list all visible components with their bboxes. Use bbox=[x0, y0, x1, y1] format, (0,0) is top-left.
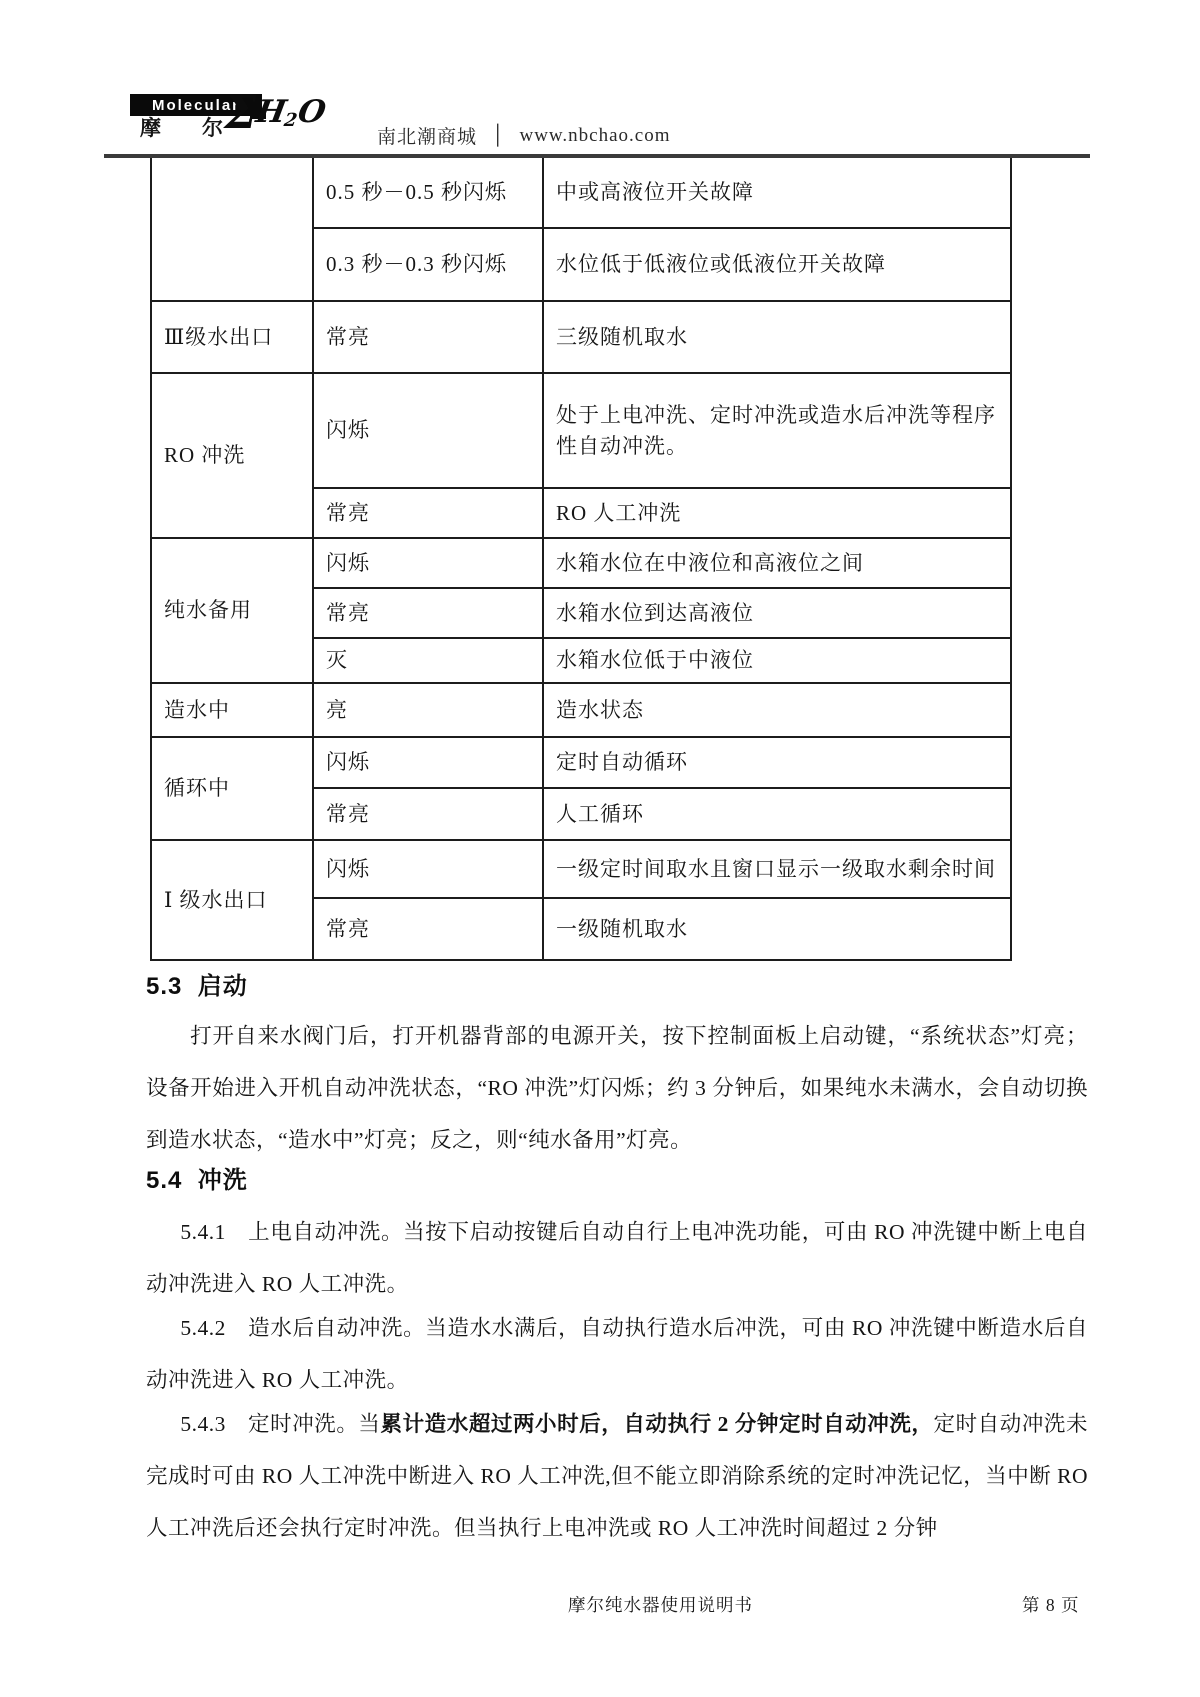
cell-state: 常亮 bbox=[313, 788, 543, 840]
footer-page-number: 第 8 页 bbox=[1022, 1592, 1080, 1617]
cell-desc: 一级定时间取水且窗口显示一级取水剩余时间 bbox=[543, 840, 1011, 898]
cell-state: 闪烁 bbox=[313, 373, 543, 488]
cell-desc: 水箱水位到达高液位 bbox=[543, 588, 1011, 638]
cell-indicator: 循环中 bbox=[151, 737, 313, 840]
cell-state: 0.3 秒－0.3 秒闪烁 bbox=[313, 228, 543, 301]
cell-desc: 造水状态 bbox=[543, 683, 1011, 737]
table-row: 造水中 亮 造水状态 bbox=[151, 683, 1011, 737]
cell-desc: 处于上电冲洗、定时冲洗或造水后冲洗等程序性自动冲洗。 bbox=[543, 373, 1011, 488]
formula-o: O bbox=[295, 94, 328, 130]
footer-doc-title: 摩尔纯水器使用说明书 bbox=[568, 1592, 753, 1617]
section-heading-5-3: 5.3 启动 bbox=[146, 966, 248, 1001]
separator-bar: │ bbox=[491, 125, 505, 147]
cell-state: 亮 bbox=[313, 683, 543, 737]
cell-state: 闪烁 bbox=[313, 840, 543, 898]
cell-state: 0.5 秒－0.5 秒闪烁 bbox=[313, 158, 543, 228]
cell-state: 常亮 bbox=[313, 898, 543, 960]
cell-desc: 水箱水位在中液位和高液位之间 bbox=[543, 538, 1011, 588]
cell-state: 常亮 bbox=[313, 301, 543, 373]
manual-page: Molecular 摩 尔 ΣH2O 南北潮商城 │ www.nbchao.co… bbox=[0, 0, 1200, 1697]
cell-desc: 人工循环 bbox=[543, 788, 1011, 840]
cell-state: 常亮 bbox=[313, 488, 543, 538]
cell-indicator: 纯水备用 bbox=[151, 538, 313, 683]
cell-state: 灭 bbox=[313, 638, 543, 683]
cell-desc: RO 人工冲洗 bbox=[543, 488, 1011, 538]
site-url: www.nbchao.com bbox=[519, 125, 670, 147]
table-row: Ⅰ 级水出口 闪烁 一级定时间取水且窗口显示一级取水剩余时间 bbox=[151, 840, 1011, 898]
table-row: 0.5 秒－0.5 秒闪烁 中或高液位开关故障 bbox=[151, 158, 1011, 228]
paragraph-5-4-3-bold-run: 累计造水超过两小时后，自动执行 2 分钟定时自动冲洗， bbox=[381, 1412, 934, 1436]
cell-indicator-continued bbox=[151, 158, 313, 301]
cell-desc: 水箱水位低于中液位 bbox=[543, 638, 1011, 683]
brand-formula: ΣH2O bbox=[220, 88, 330, 136]
indicator-table: 0.5 秒－0.5 秒闪烁 中或高液位开关故障 0.3 秒－0.3 秒闪烁 水位… bbox=[150, 158, 1012, 961]
cell-desc: 定时自动循环 bbox=[543, 737, 1011, 788]
cell-desc: 水位低于低液位或低液位开关故障 bbox=[543, 228, 1011, 301]
brand-name-cn-1: 摩 bbox=[140, 112, 161, 142]
section-heading-5-4: 5.4 冲洗 bbox=[146, 1160, 248, 1195]
paragraph-5-4-3-normal-start: 5.4.3 定时冲洗。当 bbox=[180, 1412, 380, 1436]
table-row: RO 冲洗 闪烁 处于上电冲洗、定时冲洗或造水后冲洗等程序性自动冲洗。 bbox=[151, 373, 1011, 488]
cell-desc: 中或高液位开关故障 bbox=[543, 158, 1011, 228]
cell-state: 常亮 bbox=[313, 588, 543, 638]
paragraph-5-4-2: 5.4.2 造水后自动冲洗。当造水水满后，自动执行造水后冲洗，可由 RO 冲洗键… bbox=[146, 1302, 1088, 1406]
paragraph-5-3: 打开自来水阀门后，打开机器背部的电源开关，按下控制面板上启动键，“系统状态”灯亮… bbox=[146, 1010, 1088, 1166]
header-site-line: 南北潮商城 │ www.nbchao.com bbox=[377, 122, 671, 149]
site-name: 南北潮商城 bbox=[377, 122, 477, 149]
paragraph-5-4-3: 5.4.3 定时冲洗。当累计造水超过两小时后，自动执行 2 分钟定时自动冲洗，定… bbox=[146, 1398, 1088, 1554]
table-row: 循环中 闪烁 定时自动循环 bbox=[151, 737, 1011, 788]
paragraph-5-4-1: 5.4.1 上电自动冲洗。当按下启动按键后自动自行上电冲洗功能，可由 RO 冲洗… bbox=[146, 1206, 1088, 1310]
cell-indicator: RO 冲洗 bbox=[151, 373, 313, 538]
table-row: 纯水备用 闪烁 水箱水位在中液位和高液位之间 bbox=[151, 538, 1011, 588]
cell-state: 闪烁 bbox=[313, 737, 543, 788]
cell-indicator: 造水中 bbox=[151, 683, 313, 737]
table-row: Ⅲ级水出口 常亮 三级随机取水 bbox=[151, 301, 1011, 373]
cell-desc: 一级随机取水 bbox=[543, 898, 1011, 960]
indicator-table-wrap: 0.5 秒－0.5 秒闪烁 中或高液位开关故障 0.3 秒－0.3 秒闪烁 水位… bbox=[150, 158, 1012, 961]
cell-state: 闪烁 bbox=[313, 538, 543, 588]
cell-indicator: Ⅲ级水出口 bbox=[151, 301, 313, 373]
cell-desc: 三级随机取水 bbox=[543, 301, 1011, 373]
cell-indicator: Ⅰ 级水出口 bbox=[151, 840, 313, 960]
